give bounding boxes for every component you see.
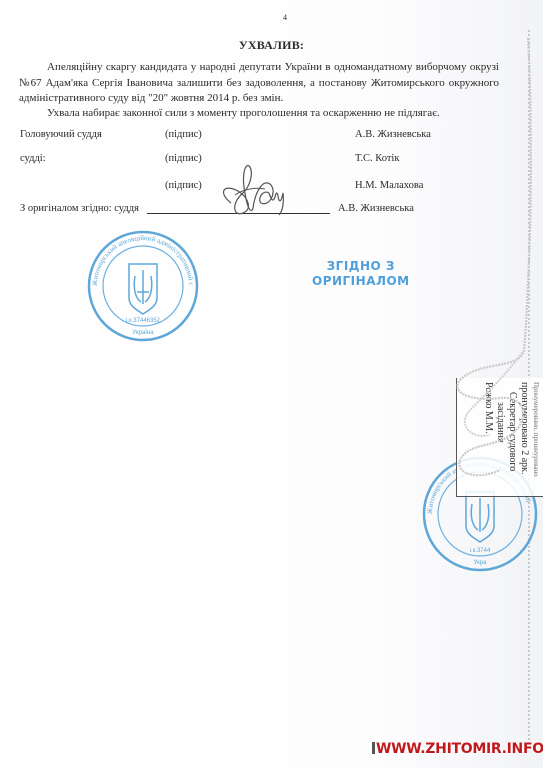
document-page: 4 УХВАЛИВ: Апеляційну скаргу кандидата у… bbox=[0, 0, 543, 768]
effect-paragraph: Ухвала набирає законної сили з моменту п… bbox=[47, 106, 507, 122]
copy-stamp-line-2: ОРИГІНАЛОМ bbox=[312, 274, 410, 289]
signature-role-judges: судді: bbox=[20, 153, 46, 164]
page-number: 4 bbox=[283, 13, 287, 22]
svg-text:Україна: Україна bbox=[132, 330, 154, 336]
signature-name: А.В. Жизневська bbox=[355, 129, 431, 140]
court-seal: Житомирський апеляційний адміністративни… bbox=[83, 226, 203, 346]
binding-note-line: Пронумеровано, прошнуровано bbox=[530, 382, 542, 494]
binding-note-line: Секретар судового bbox=[506, 382, 518, 494]
certification-name: А.В. Жизневська bbox=[338, 203, 414, 214]
signature-name: Н.М. Малахова bbox=[355, 180, 423, 191]
site-watermark: WWW.ZHITOMIR.INFO bbox=[376, 741, 543, 757]
handwritten-signature bbox=[213, 163, 293, 218]
copy-stamp-line-1: ЗГІДНО З bbox=[312, 259, 410, 274]
svg-text:Укра: Укра bbox=[474, 560, 488, 566]
signature-mark: (підпис) bbox=[165, 153, 202, 164]
ruling-paragraph: Апеляційну скаргу кандидата у народні де… bbox=[19, 60, 499, 107]
signature-name: Т.С. Котік bbox=[355, 153, 399, 164]
binding-note-line: засідання bbox=[494, 382, 506, 494]
binding-note: Пронумеровано, прошнуровано пронумерован… bbox=[462, 382, 542, 494]
ruling-heading: УХВАЛИВ: bbox=[0, 38, 543, 53]
svg-text:і.к.3744: і.к.3744 bbox=[470, 548, 491, 554]
svg-text:і.к.37446352: і.к.37446352 bbox=[126, 318, 161, 324]
svg-text:Житомирський апеляційний адмін: Житомирський апеляційний адміністративни… bbox=[83, 226, 195, 286]
copy-certified-stamp: ЗГІДНО З ОРИГІНАЛОМ bbox=[312, 259, 410, 289]
certification-label: З оригіналом згідно: суддя bbox=[20, 203, 139, 214]
watermark-bar bbox=[372, 742, 375, 754]
signature-mark: (підпис) bbox=[165, 129, 202, 140]
binding-note-line: Рожко М.М. bbox=[482, 382, 494, 494]
signature-role-presiding: Головуючий суддя bbox=[20, 129, 102, 140]
binding-note-line: пронумеровано 2 арк. bbox=[518, 382, 530, 494]
signature-mark: (підпис) bbox=[165, 180, 202, 191]
